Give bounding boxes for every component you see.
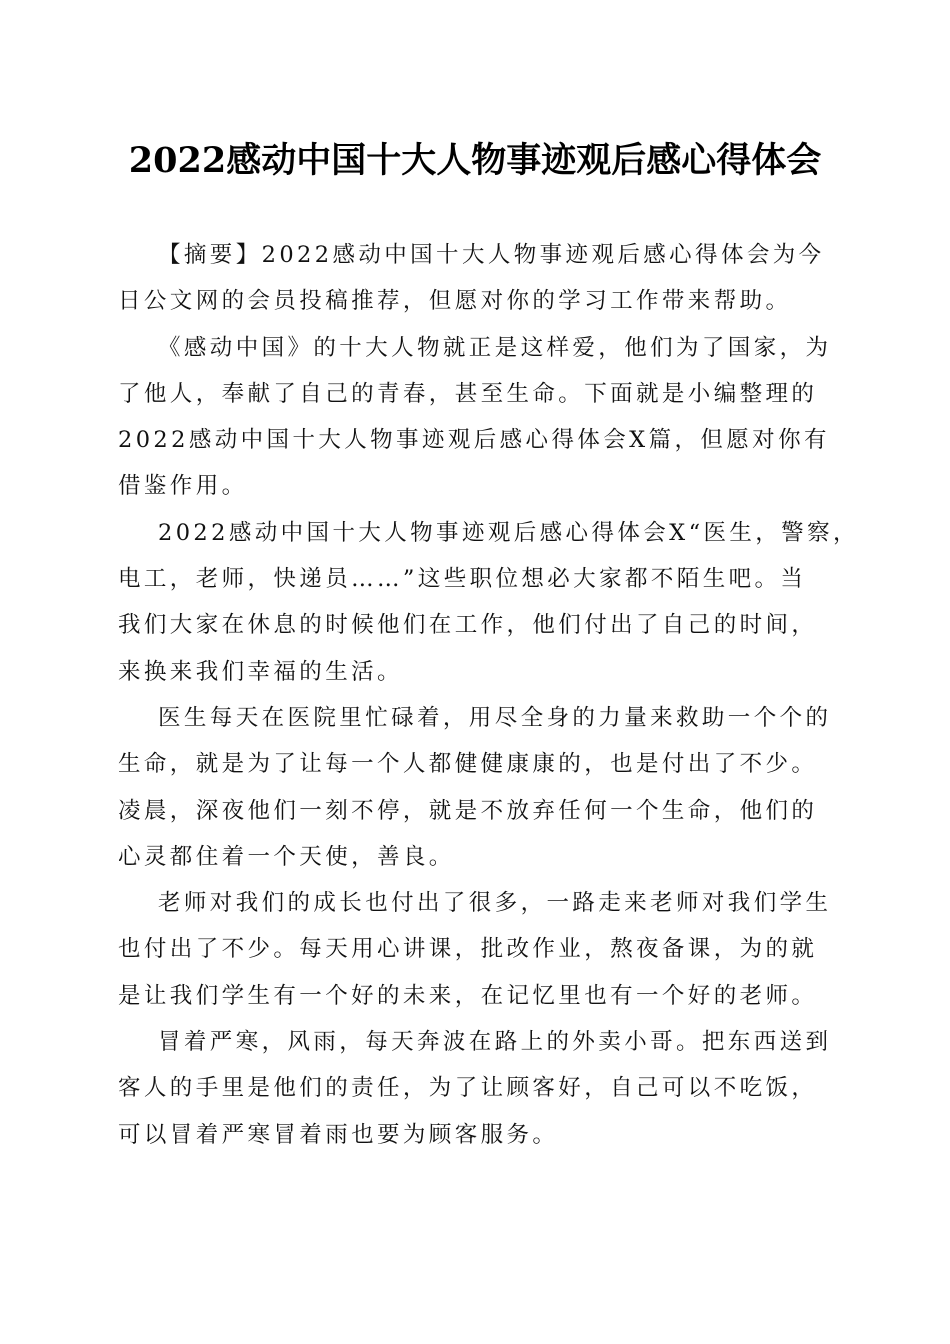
text-line: 生命，就是为了让每一个人都健健康康的，也是付出了不少。 (118, 741, 838, 787)
text-line: 《感动中国》的十大人物就正是这样爱，他们为了国家，为 (118, 325, 838, 371)
paragraph-delivery: 冒着严寒，风雨，每天奔波在路上的外卖小哥。把东西送到 客人的手里是他们的责任，为… (118, 1019, 838, 1158)
document-body: 【摘要】2022感动中国十大人物事迹观后感心得体会为今 日公文网的会员投稿推荐，… (118, 232, 838, 1158)
text-line: 来换来我们幸福的生活。 (118, 649, 838, 695)
text-line: 可以冒着严寒冒着雨也要为顾客服务。 (118, 1112, 838, 1158)
text-line: 2022感动中国十大人物事迹观后感心得体会X“医生，警察， (118, 510, 838, 556)
text-line: 心灵都住着一个天使，善良。 (118, 834, 838, 880)
text-line: 老师对我们的成长也付出了很多，一路走来老师对我们学生 (118, 880, 838, 926)
document-page: 2022感动中国十大人物事迹观后感心得体会 【摘要】2022感动中国十大人物事迹… (0, 0, 950, 1344)
text-line: 日公文网的会员投稿推荐，但愿对你的学习工作带来帮助。 (118, 278, 838, 324)
text-line: 电工，老师，快递员……”这些职位想必大家都不陌生吧。当 (118, 556, 838, 602)
paragraph-abstract: 【摘要】2022感动中国十大人物事迹观后感心得体会为今 日公文网的会员投稿推荐，… (118, 232, 838, 325)
paragraph-doctors: 医生每天在医院里忙碌着，用尽全身的力量来救助一个个的 生命，就是为了让每一个人都… (118, 695, 838, 880)
text-line: 冒着严寒，风雨，每天奔波在路上的外卖小哥。把东西送到 (118, 1019, 838, 1065)
text-line: 医生每天在医院里忙碌着，用尽全身的力量来救助一个个的 (118, 695, 838, 741)
text-line: 借鉴作用。 (118, 463, 838, 509)
text-line: 也付出了不少。每天用心讲课，批改作业，熬夜备课，为的就 (118, 926, 838, 972)
text-line: 凌晨，深夜他们一刻不停，就是不放弃任何一个生命，他们的 (118, 788, 838, 834)
paragraph-teachers: 老师对我们的成长也付出了很多，一路走来老师对我们学生 也付出了不少。每天用心讲课… (118, 880, 838, 1019)
text-line: 【摘要】2022感动中国十大人物事迹观后感心得体会为今 (118, 232, 838, 278)
text-line: 2022感动中国十大人物事迹观后感心得体会X篇，但愿对你有 (118, 417, 838, 463)
text-line: 我们大家在休息的时候他们在工作，他们付出了自己的时间， (118, 602, 838, 648)
paragraph-intro: 《感动中国》的十大人物就正是这样爱，他们为了国家，为 了他人，奉献了自己的青春，… (118, 325, 838, 510)
text-line: 是让我们学生有一个好的未来，在记忆里也有一个好的老师。 (118, 973, 838, 1019)
paragraph-professions: 2022感动中国十大人物事迹观后感心得体会X“医生，警察， 电工，老师，快递员…… (118, 510, 838, 695)
document-title: 2022感动中国十大人物事迹观后感心得体会 (0, 136, 950, 186)
text-line: 了他人，奉献了自己的青春，甚至生命。下面就是小编整理的 (118, 371, 838, 417)
text-line: 客人的手里是他们的责任，为了让顾客好，自己可以不吃饭， (118, 1065, 838, 1111)
